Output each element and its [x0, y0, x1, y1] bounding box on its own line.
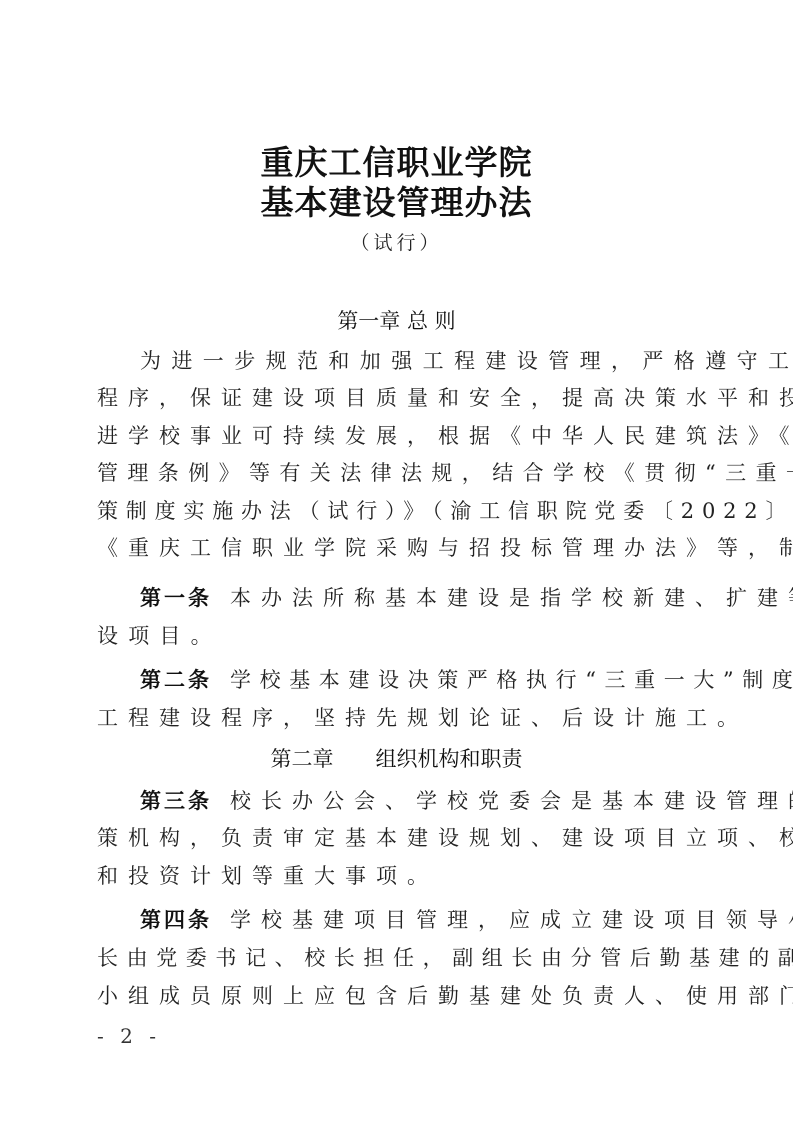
document-page: 重庆工信职业学院 基本建设管理办法 （试行） 第一章 总 则 为进一步规范和加强… [0, 0, 793, 1122]
article-text: 本办法所称基本建设是指学校新建、扩建等基本建 [230, 586, 793, 610]
preamble-line: 管理条例》等有关法律法规，结合学校《贯彻“三重一大”集体决 [97, 457, 707, 487]
preamble-line: 《重庆工信职业学院采购与招投标管理办法》等，制定本办法。 [97, 532, 707, 562]
article-label: 第一条 [140, 585, 212, 610]
article-3-cont: 和投资计划等重大事项。 [97, 860, 707, 890]
page-number: - 2 - [97, 1024, 161, 1048]
article-1-cont: 设项目。 [97, 620, 707, 650]
article-label: 第二条 [140, 667, 212, 692]
chapter1-heading: 第一章 总 则 [0, 305, 793, 335]
article-label: 第四条 [140, 907, 212, 932]
article-text: 校长办公会、学校党委会是基本建设管理的最高决 [230, 789, 793, 813]
preamble-line: 程序，保证建设项目质量和安全，提高决策水平和投资效益，促 [97, 382, 707, 412]
document-subtitle: （试行） [0, 228, 793, 255]
document-title-line2: 基本建设管理办法 [0, 177, 793, 224]
preamble-line: 进学校事业可持续发展，根据《中华人民建筑法》《重庆市建筑 [97, 420, 707, 450]
article-2: 第二条学校基本建设决策严格执行“三重一大”制度，遵守 [140, 664, 750, 694]
article-1: 第一条本办法所称基本建设是指学校新建、扩建等基本建 [140, 582, 750, 612]
article-text: 学校基本建设决策严格执行“三重一大”制度，遵守 [230, 668, 793, 692]
article-3: 第三条校长办公会、学校党委会是基本建设管理的最高决 [140, 785, 750, 815]
article-text: 学校基建项目管理，应成立建设项目领导小组，组 [230, 908, 793, 932]
article-4-cont: 小组成员原则上应包含后勤基建处负责人、使用部门负责人、党 [97, 980, 707, 1010]
preamble-line: 为进一步规范和加强工程建设管理，严格遵守工程建设实施 [140, 345, 750, 375]
article-4-cont: 长由党委书记、校长担任，副组长由分管后勤基建的副校长担任， [97, 942, 707, 972]
chapter2-heading: 第二章 组织机构和职责 [0, 743, 793, 773]
preamble-line: 策制度实施办法（试行）》（渝工信职院党委〔2022〕1 号）和 [97, 495, 707, 525]
article-label: 第三条 [140, 788, 212, 813]
article-2-cont: 工程建设程序，坚持先规划论证、后设计施工。 [97, 702, 707, 732]
article-3-cont: 策机构，负责审定基本建设规划、建设项目立项、校园方案设计 [97, 822, 707, 852]
article-4: 第四条学校基建项目管理，应成立建设项目领导小组，组 [140, 904, 750, 934]
